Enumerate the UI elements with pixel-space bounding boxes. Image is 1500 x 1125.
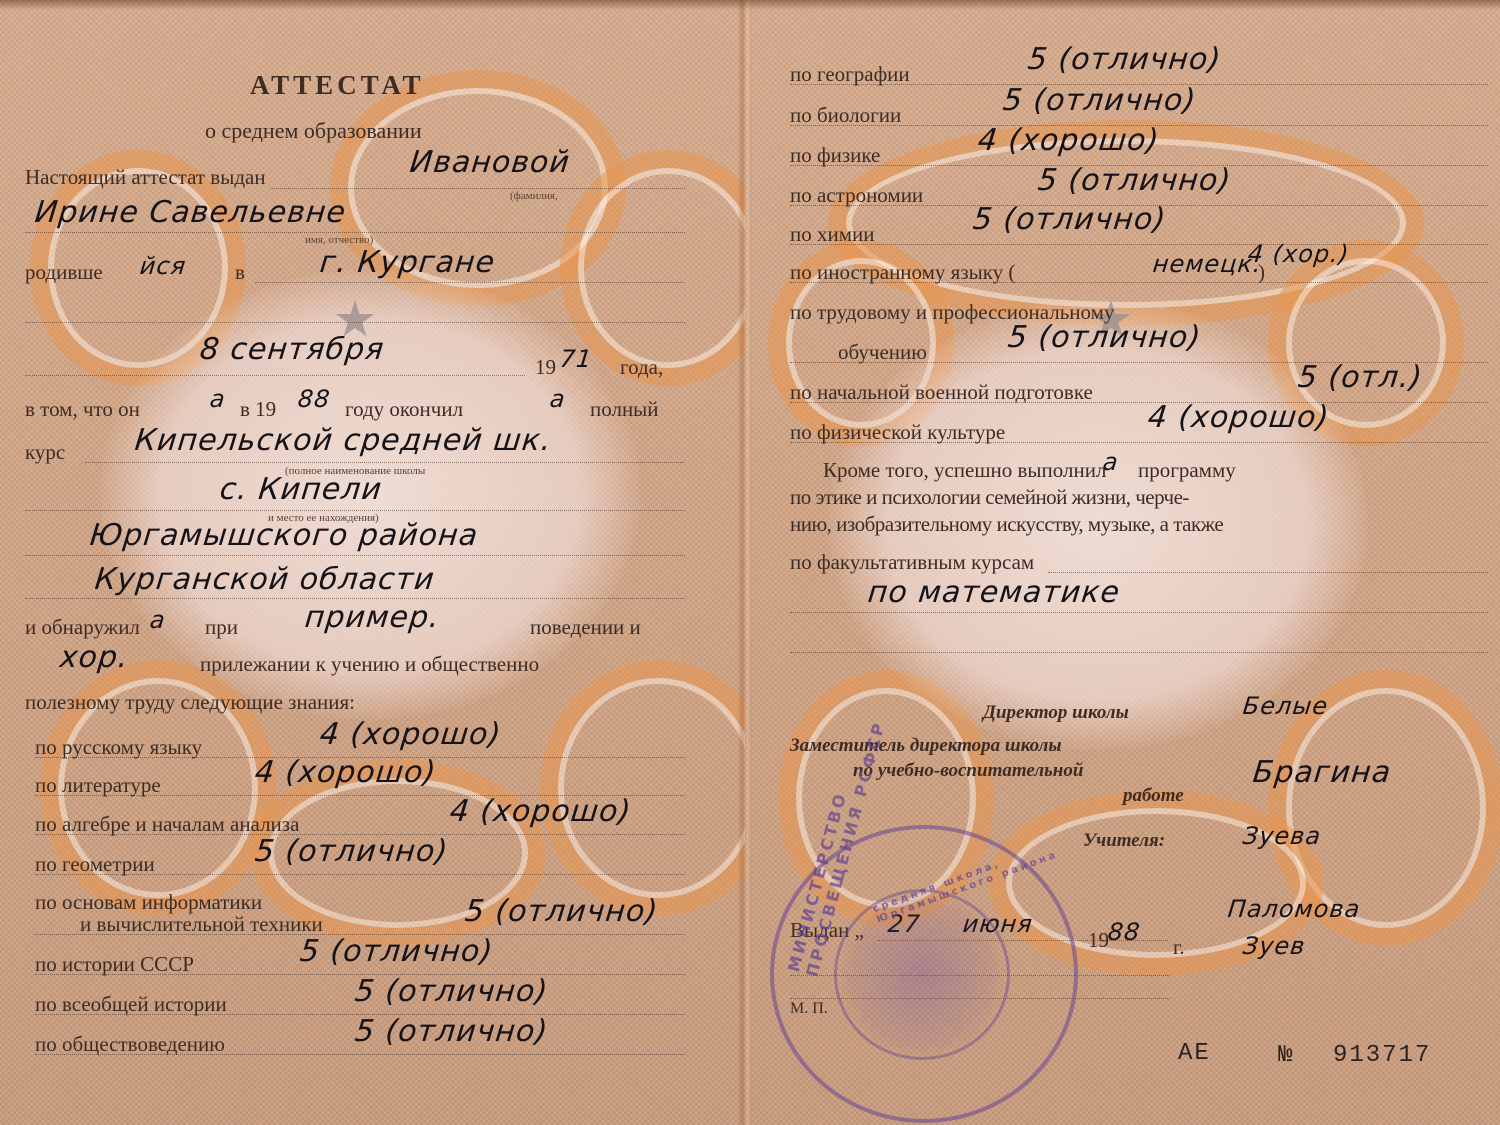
born-in: в bbox=[235, 260, 245, 285]
teacher-signature: Зуева bbox=[1242, 822, 1323, 850]
year-printed: 19 bbox=[535, 355, 556, 380]
year-suffix: г. bbox=[1173, 935, 1185, 960]
fill-line bbox=[790, 244, 1488, 245]
surname: Ивановой bbox=[408, 145, 572, 180]
born-suffix: йся bbox=[139, 252, 188, 280]
birth-date: 8 сентября bbox=[198, 332, 386, 367]
grade-value: 4 (хорошо) bbox=[448, 794, 633, 829]
behavior-label: и обнаружил bbox=[25, 615, 140, 640]
fill-line bbox=[25, 555, 685, 556]
suffix-a: а bbox=[149, 606, 168, 634]
birthplace: г. Кургане bbox=[318, 245, 497, 280]
born-label: родивше bbox=[25, 260, 103, 285]
fill-line bbox=[255, 282, 685, 283]
teachers-label: Учителя: bbox=[1083, 830, 1165, 852]
elective-course: по математике bbox=[866, 575, 1122, 610]
behavior-label: при bbox=[205, 615, 238, 640]
extra-program-text: программу bbox=[1138, 458, 1236, 483]
document-title: АТТЕСТАТ bbox=[250, 70, 424, 101]
grade-value: 5 (отлично) bbox=[353, 974, 550, 1009]
issued-to-label: Настоящий аттестат выдан bbox=[25, 165, 266, 190]
grade-value: 4 (хор.) bbox=[1247, 240, 1351, 268]
director-label: Директор школы bbox=[983, 702, 1129, 724]
grade-value: 4 (хорошо) bbox=[976, 123, 1161, 158]
finished-text: в том, что он bbox=[25, 397, 140, 422]
fill-line bbox=[35, 1054, 685, 1055]
deputy-label: по учебно-воспитательной bbox=[853, 760, 1083, 782]
fill-line bbox=[25, 510, 685, 511]
course-label: курс bbox=[25, 440, 65, 465]
grade-value: 5 (отл.) bbox=[1296, 360, 1424, 395]
official-stamp: МИНИСТЕРСТВО ПРОСВЕЩЕНИЯ РСФСР средняя ш… bbox=[770, 825, 1078, 1123]
school-place: с. Кипели bbox=[218, 472, 384, 507]
grade-value: 5 (отлично) bbox=[1001, 83, 1198, 118]
diligence-grade: хор. bbox=[58, 640, 130, 675]
fill-line bbox=[1048, 572, 1488, 573]
edge-shadow bbox=[0, 0, 1500, 10]
grade-value: 5 (отлично) bbox=[971, 202, 1168, 237]
grade-value: 5 (отлично) bbox=[253, 834, 450, 869]
grade-value: 5 (отлично) bbox=[353, 1014, 550, 1049]
birth-year: 71 bbox=[559, 345, 594, 373]
fill-line bbox=[790, 282, 1488, 283]
certificate-spread: АТТЕСТАТ о среднем образовании Настоящий… bbox=[0, 0, 1500, 1125]
fill-line bbox=[790, 442, 1488, 443]
grade-value: 4 (хорошо) bbox=[253, 755, 438, 790]
fill-line bbox=[270, 188, 685, 189]
school-name: Кипельской средней шк. bbox=[133, 423, 553, 458]
issued-year: 88 bbox=[1107, 918, 1142, 946]
knowledge-label: полезному труду следующие знания: bbox=[25, 690, 355, 715]
region: Курганской области bbox=[93, 562, 436, 597]
fill-line bbox=[790, 402, 1488, 403]
fill-line bbox=[25, 375, 525, 376]
extra-program-text: нию, изобразительному искусству, музыке,… bbox=[790, 512, 1223, 537]
name-patronymic: Ирине Савельевне bbox=[33, 195, 348, 230]
finished-text: в 19 bbox=[240, 397, 276, 422]
district: Юргамышского района bbox=[88, 518, 480, 553]
ornament bbox=[540, 660, 745, 916]
serial-number: 913717 bbox=[1333, 1042, 1431, 1069]
suffix-a: а bbox=[1102, 448, 1121, 476]
elective-label: по факультативным курсам bbox=[790, 550, 1034, 575]
grade-value: 5 (отлично) bbox=[1006, 320, 1203, 355]
grade-value: 5 (отлично) bbox=[1036, 163, 1233, 198]
fill-line bbox=[25, 598, 685, 599]
teacher-signature: Зуев bbox=[1242, 932, 1307, 960]
grade-value: 5 (отлично) bbox=[298, 934, 495, 969]
extra-program-text: по этике и психологии семейной жизни, че… bbox=[790, 485, 1189, 510]
finished-text: полный bbox=[590, 397, 659, 422]
fill-line bbox=[790, 652, 1488, 653]
director-signature: Белые bbox=[1242, 692, 1330, 720]
grade-value: 4 (хорошо) bbox=[1146, 400, 1331, 435]
behavior-label: поведении и bbox=[530, 615, 641, 640]
deputy-label: работе bbox=[1123, 785, 1184, 807]
fill-line bbox=[25, 322, 685, 323]
document-subtitle: о среднем образовании bbox=[205, 118, 422, 144]
suffix-a: а bbox=[549, 385, 568, 413]
fill-line bbox=[790, 612, 1488, 613]
year-label: года, bbox=[620, 355, 663, 380]
diligence-label: прилежании к учению и общественно bbox=[200, 652, 539, 677]
fill-line bbox=[25, 232, 685, 233]
grade-value: 5 (отлично) bbox=[1026, 42, 1223, 77]
behavior-grade: пример. bbox=[303, 600, 442, 635]
left-page: АТТЕСТАТ о среднем образовании Настоящий… bbox=[0, 0, 745, 1125]
grade-value: 4 (хорошо) bbox=[318, 717, 503, 752]
fill-line bbox=[35, 874, 685, 875]
deputy-label: Заместитель директора школы bbox=[790, 735, 1062, 757]
deputy-signature: Брагина bbox=[1251, 755, 1393, 790]
number-sign: № bbox=[1278, 1042, 1294, 1069]
extra-program-text: Кроме того, успешно выполнил bbox=[823, 458, 1106, 483]
serial-series: АЕ bbox=[1178, 1040, 1211, 1067]
fill-line bbox=[85, 462, 685, 463]
graduation-year: 88 bbox=[297, 385, 332, 413]
hint: (фамилия, bbox=[510, 190, 558, 202]
grade-value: 5 (отлично) bbox=[463, 894, 660, 929]
year-printed: 19 bbox=[1088, 928, 1109, 953]
teacher-signature: Паломова bbox=[1227, 895, 1362, 923]
suffix-a: а bbox=[209, 385, 228, 413]
stamp-emblem bbox=[834, 889, 1010, 1060]
finished-text: году окончил bbox=[345, 397, 463, 422]
